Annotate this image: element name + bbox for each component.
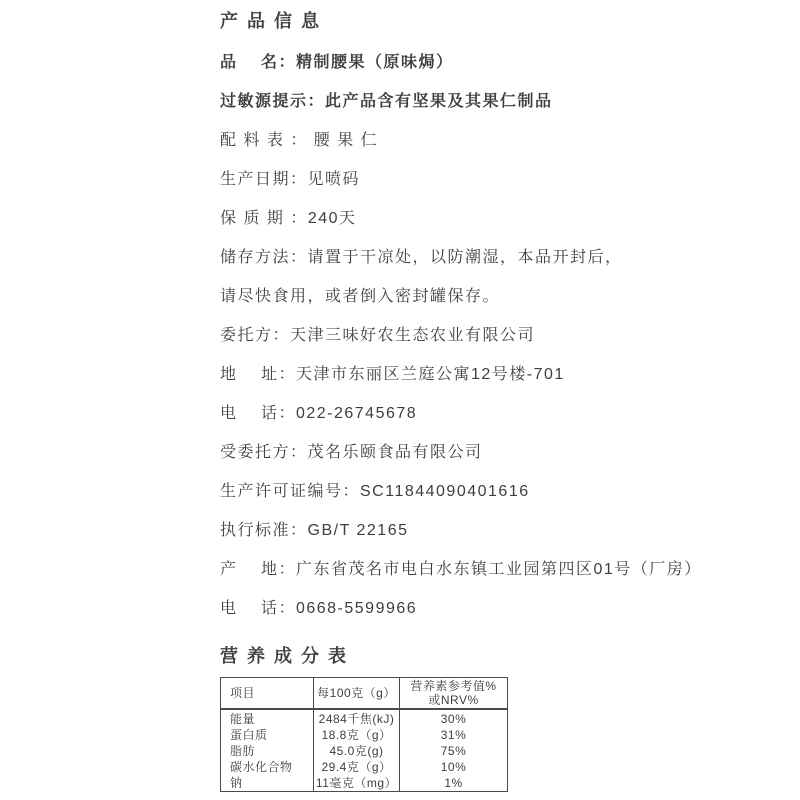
nrv-cell: 75% <box>400 743 508 759</box>
standard-line: 执行标准：GB/T 22165 <box>220 520 720 541</box>
nutrition-row-fat: 脂肪 45.0克(g) 75% <box>221 743 508 759</box>
nrv-cell: 10% <box>400 759 508 775</box>
nutrition-row-sodium: 钠 11毫克（mg） 1% <box>221 775 508 792</box>
product-info-content: 产品信息 品 名：精制腰果（原味焗） 过敏源提示：此产品含有坚果及其果仁制品 配… <box>220 0 720 792</box>
nrv-cell: 1% <box>400 775 508 792</box>
consignor-address-line: 地 址：天津市东丽区兰庭公寓12号楼-701 <box>220 364 720 385</box>
column-nrv: 营养素参考值% 或NRV% <box>400 678 508 710</box>
amount-cell: 11毫克（mg） <box>314 775 400 792</box>
nutrition-row-energy: 能量 2484千焦(kJ) 30% <box>221 709 508 727</box>
nutrient-name-cell: 脂肪 <box>221 743 314 759</box>
allergen-notice-line: 过敏源提示：此产品含有坚果及其果仁制品 <box>220 91 720 112</box>
storage-method-line-2: 请尽快食用，或者倒入密封罐保存。 <box>220 286 720 307</box>
nutrient-name-cell: 碳水化合物 <box>221 759 314 775</box>
header-row: 项目 每100克（g） 营养素参考值% 或NRV% <box>221 678 508 710</box>
column-per100g: 每100克（g） <box>314 678 400 710</box>
nutrition-table-header: 项目 每100克（g） 营养素参考值% 或NRV% <box>221 678 508 710</box>
product-info-page: 产品信息 品 名：精制腰果（原味焗） 过敏源提示：此产品含有坚果及其果仁制品 配… <box>0 0 800 800</box>
page-title: 产品信息 <box>220 9 720 33</box>
nutrient-name-cell: 钠 <box>221 775 314 792</box>
nutrition-table: 项目 每100克（g） 营养素参考值% 或NRV% 能量 2484千焦(kJ) … <box>220 677 508 792</box>
consignor-phone-line: 电 话：022-26745678 <box>220 403 720 424</box>
storage-method-line-1: 储存方法：请置于干凉处，以防潮湿，本品开封后， <box>220 247 720 268</box>
nutrient-name-cell: 能量 <box>221 709 314 727</box>
production-license-line: 生产许可证编号：SC11844090401616 <box>220 481 720 502</box>
nutrition-table-body: 能量 2484千焦(kJ) 30% 蛋白质 18.8克（g） 31% 脂肪 45… <box>221 709 508 792</box>
nrv-cell: 30% <box>400 709 508 727</box>
production-date-line: 生产日期：见喷码 <box>220 169 720 190</box>
column-item: 项目 <box>221 678 314 710</box>
consignor-line: 委托方：天津三味好农生态农业有限公司 <box>220 325 720 346</box>
amount-cell: 18.8克（g） <box>314 727 400 743</box>
nrv-cell: 31% <box>400 727 508 743</box>
nutrient-name-cell: 蛋白质 <box>221 727 314 743</box>
origin-line: 产 地：广东省茂名市电白水东镇工业园第四区01号（厂房） <box>220 559 720 580</box>
ingredients-line: 配 料 表 ： 腰 果 仁 <box>220 130 720 151</box>
product-name-line: 品 名：精制腰果（原味焗） <box>220 52 720 73</box>
amount-cell: 2484千焦(kJ) <box>314 709 400 727</box>
nutrition-heading: 营养成分表 <box>220 644 720 668</box>
amount-cell: 45.0克(g) <box>314 743 400 759</box>
column-nrv-line2: 或NRV% <box>400 693 507 707</box>
manufacturer-line: 受委托方：茂名乐颐食品有限公司 <box>220 442 720 463</box>
nutrition-row-carbohydrate: 碳水化合物 29.4克（g） 10% <box>221 759 508 775</box>
shelf-life-line: 保 质 期 ：240天 <box>220 208 720 229</box>
nutrition-row-protein: 蛋白质 18.8克（g） 31% <box>221 727 508 743</box>
column-nrv-line1: 营养素参考值% <box>400 679 507 693</box>
factory-phone-line: 电 话：0668-5599966 <box>220 598 720 619</box>
amount-cell: 29.4克（g） <box>314 759 400 775</box>
